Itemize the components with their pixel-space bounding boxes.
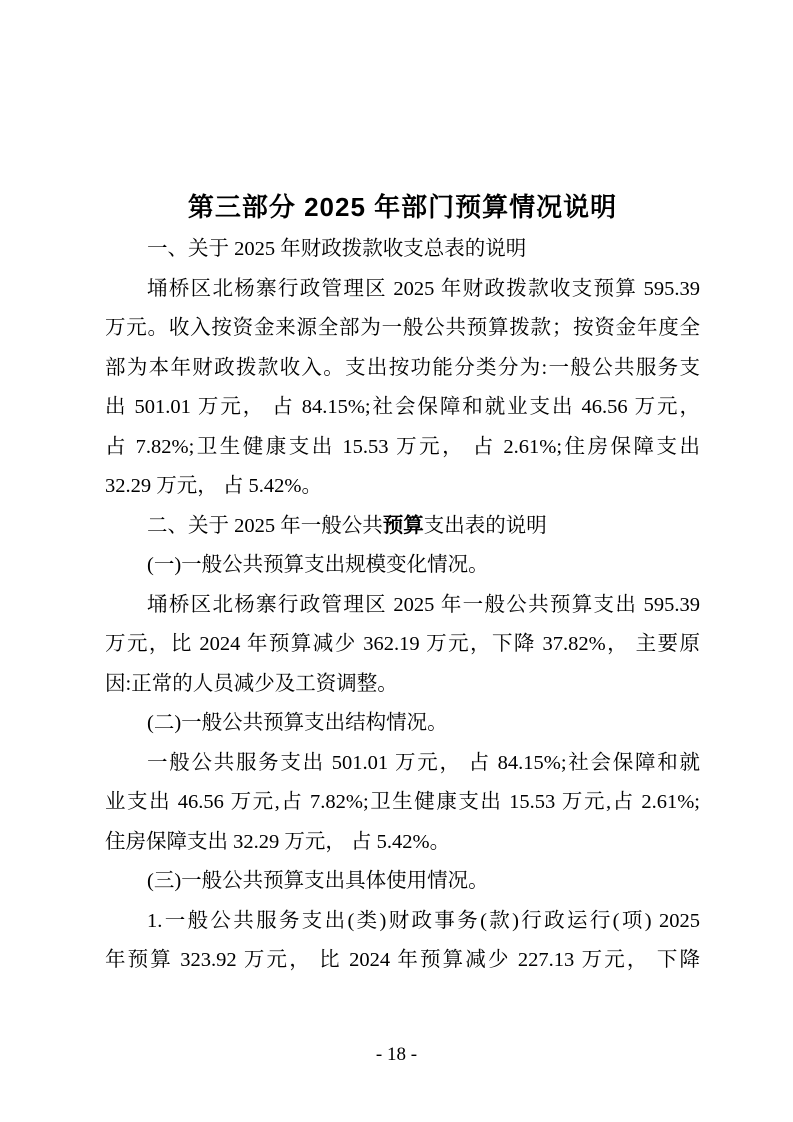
text-line: 出 501.01 万元， 占 84.15%;社会保障和就业支出 46.56 万元… [105, 388, 700, 428]
text-line: 一般公共服务支出 501.01 万元， 占 84.15%;社会保障和就 [105, 744, 700, 784]
heading-subsection-2: (二)一般公共预算支出结构情况。 [105, 704, 700, 744]
heading-subsection-1: (一)一般公共预算支出规模变化情况。 [105, 546, 700, 586]
document-page: 第三部分 2025 年部门预算情况说明 一、关于 2025 年财政拨款收支总表的… [0, 0, 793, 1122]
heading-section-2-post: 支出表的说明 [424, 515, 547, 537]
text-line: 1.一般公共服务支出(类)财政事务(款)行政运行(项) 2025 [105, 902, 700, 942]
text-line: 埇桥区北杨寨行政管理区 2025 年一般公共预算支出 595.39 [105, 586, 700, 626]
text-line: 因:正常的人员减少及工资调整。 [105, 665, 700, 705]
text-line: 业支出 46.56 万元,占 7.82%;卫生健康支出 15.53 万元,占 2… [105, 783, 700, 823]
text-line: 部为本年财政拨款收入。支出按功能分类分为:一般公共服务支 [105, 349, 700, 389]
heading-subsection-3: (三)一般公共预算支出具体使用情况。 [105, 862, 700, 902]
text-line: 万元，比 2024 年预算减少 362.19 万元，下降 37.82%， 主要原 [105, 625, 700, 665]
page-title: 第三部分 2025 年部门预算情况说明 [105, 184, 700, 230]
heading-section-2-bold: 预算 [383, 515, 424, 537]
page-number: - 18 - [0, 1040, 793, 1070]
document-body: 第三部分 2025 年部门预算情况说明 一、关于 2025 年财政拨款收支总表的… [105, 184, 700, 981]
text-line: 埇桥区北杨寨行政管理区 2025 年财政拨款收支预算 595.39 [105, 270, 700, 310]
heading-section-2: 二、关于 2025 年一般公共预算支出表的说明 [105, 507, 700, 547]
text-line: 万元。收入按资金来源全部为一般公共预算拨款；按资金年度全 [105, 309, 700, 349]
heading-section-2-pre: 二、关于 2025 年一般公共 [147, 515, 383, 537]
text-line: 占 7.82%;卫生健康支出 15.53 万元， 占 2.61%;住房保障支出 [105, 428, 700, 468]
text-line: 住房保障支出 32.29 万元， 占 5.42%。 [105, 823, 700, 863]
heading-section-1: 一、关于 2025 年财政拨款收支总表的说明 [105, 230, 700, 270]
text-line: 年预算 323.92 万元， 比 2024 年预算减少 227.13 万元， 下… [105, 941, 700, 981]
text-line: 32.29 万元， 占 5.42%。 [105, 467, 700, 507]
